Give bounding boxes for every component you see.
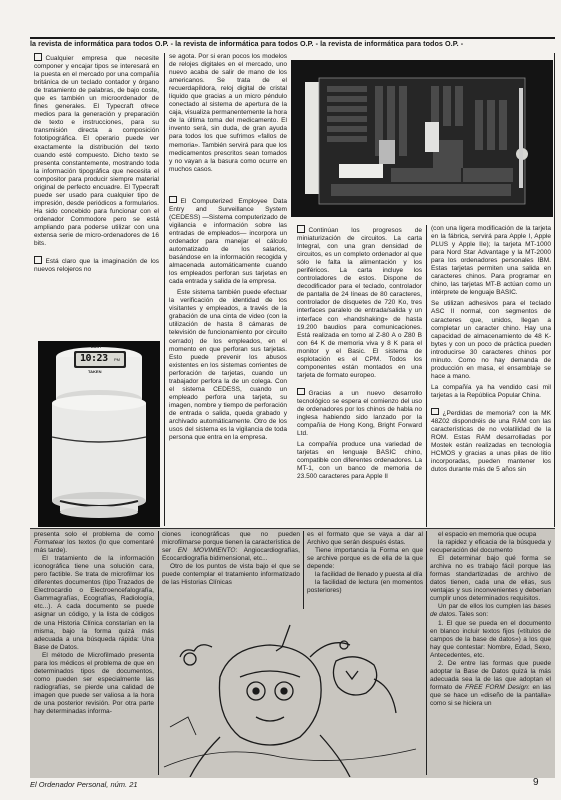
timer-display: 10:23 [80, 353, 108, 364]
gray-paragraph: Tiene importancia la Forma en que se arc… [307, 547, 423, 571]
column-divider [158, 531, 159, 775]
gray-column-1: presenta solo el problema de como Format… [34, 531, 154, 777]
column-divider [426, 225, 427, 527]
pill-timer-photo: LAST 10:23 PM TAKEN [38, 341, 160, 527]
gray-list-item: 1. El que se pueda en el documento en bl… [430, 620, 551, 660]
gray-list-item: 2. De entre las formas que puede adoptar… [430, 660, 551, 708]
running-header: la revista de informática para todos O.P… [30, 39, 555, 50]
gray-paragraph: El método de Microfilmado presenta para … [34, 652, 154, 716]
bullet-box-icon [431, 408, 439, 416]
mt1-paragraph: La compañía produce una variedad de tarj… [297, 441, 422, 481]
gray-paragraph: El tratamiento de la información iconogr… [34, 555, 154, 652]
republica-paragraph: La compañía ya ha vendido casi mil tarje… [431, 384, 551, 400]
article-column-3: Continúan los progresos de miniaturizaci… [297, 225, 422, 527]
gray-paragraph: ciones iconográficas que no pueden micro… [162, 531, 300, 563]
timer-display-suffix: PM [114, 357, 120, 362]
column-divider [303, 531, 304, 609]
gray-list-item: la facilidad de lectura (en momentos pos… [307, 579, 423, 595]
bullet-box-icon [297, 225, 305, 233]
gray-list-item: la rapidez y eficacia de la búsqueda y r… [430, 539, 551, 555]
column-divider [426, 531, 427, 775]
mt-cards-paragraph: (con una ligera modificación de la tarje… [431, 225, 551, 297]
chinos-paragraph: Gracias a un nuevo desarrollo tecnológic… [297, 388, 422, 438]
mk48z02-paragraph: ¿Perdidas de memoria? con la MK 48Z02 di… [431, 408, 551, 474]
column-divider [164, 53, 165, 526]
page-number: 9 [533, 777, 539, 788]
cedess-paragraph-2: Este sistema también puede efectuar la v… [169, 289, 287, 442]
bullet-box-icon [34, 256, 42, 264]
bullet-box-icon [297, 388, 305, 396]
circuit-board-photo [291, 60, 553, 217]
gray-paragraph: El determinar bajo qué forma se archiva … [430, 555, 551, 603]
circuit-board-illustration [291, 60, 553, 217]
gray-column-4: el espacio en memoria que ocupa la rapid… [430, 531, 551, 777]
cedess-paragraph: El Computerized Employee Data Entry and … [169, 196, 287, 287]
gray-list-item: la facilidad de llenado y puesta al día [307, 571, 423, 579]
relojeros-paragraph: Está claro que la imaginación de los nue… [34, 256, 159, 274]
robot-doctor-cartoon [160, 617, 420, 777]
gray-column-3: es el formato que se vaya a dar al Archi… [307, 531, 423, 611]
typecraft-paragraph: Cualquier empresa que necesite componer … [34, 53, 159, 248]
recuerda-pildora-paragraph: se agota. Por si eran pocos los modelos … [169, 53, 287, 174]
timer-label-last: LAST [91, 344, 101, 349]
timer-label-taken: TAKEN [88, 369, 101, 374]
gray-paragraph: es el formato que se vaya a dar al Archi… [307, 531, 423, 547]
robot-illustration [160, 617, 420, 777]
bullet-box-icon [169, 196, 177, 204]
column-divider [554, 53, 555, 527]
adhesivos-paragraph: Se utilizan adhesivos para el teclado AS… [431, 300, 551, 380]
gray-list-item: el espacio en memoria que ocupa [430, 531, 551, 539]
gray-paragraph: presenta solo el problema de como Format… [34, 531, 154, 555]
gray-paragraph: Otro de los puntos de vista bajo el que … [162, 563, 300, 587]
bullet-box-icon [34, 53, 42, 61]
article-column-1: Cualquier empresa que necesite componer … [34, 53, 159, 343]
gray-column-2: ciones iconográficas que no pueden micro… [162, 531, 300, 611]
article-column-4: (con una ligera modificación de la tarje… [431, 225, 551, 527]
gray-paragraph: Un par de ellos los cumplen las bases de… [430, 603, 551, 619]
article-column-2: se agota. Por si eran pocos los modelos … [169, 53, 287, 527]
carta-integral-paragraph: Continúan los progresos de miniaturizaci… [297, 225, 422, 380]
publication-footer: El Ordenador Personal, núm. 21 [30, 780, 138, 789]
